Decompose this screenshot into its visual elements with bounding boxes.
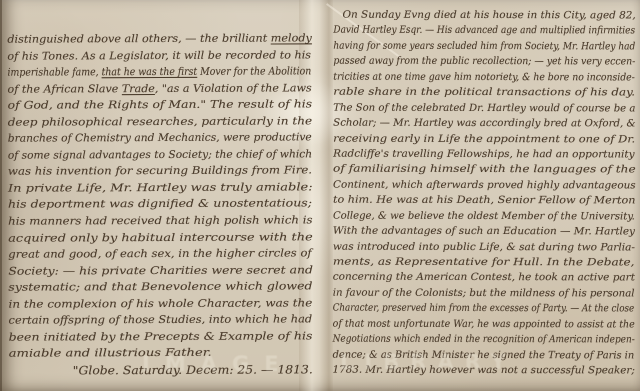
manuscript-line: branches of Chemistry and Mechanics, wer… [8, 130, 316, 148]
manuscript-line: ments, as Representative for Hull. In th… [333, 255, 639, 271]
manuscript-line: of the African Slave Trade, "as a Violat… [8, 80, 316, 98]
manuscript-line: deep philosophical researches, particula… [8, 113, 316, 131]
manuscript-line: was his invention for securing Buildings… [8, 163, 316, 181]
manuscript-line: distinguished above all others, — the br… [7, 30, 315, 48]
manuscript-line: in favour of the Colonists; but the mild… [333, 285, 639, 301]
manuscript-line: of that most unfortunate War, he was app… [333, 316, 639, 332]
manuscript-line: passed away from the public recollection… [333, 54, 639, 70]
manuscript-line: Negotiations which ended in the recognit… [333, 332, 639, 348]
manuscript-line: systematic; and that Benevolence which g… [8, 279, 316, 297]
left-page: distinguished above all others, — the br… [0, 0, 317, 391]
right-page: On Sunday Evng died at his house in this… [329, 0, 639, 391]
manuscript-line: On Sunday Evng died at his house in this… [333, 8, 639, 24]
manuscript-line: Scholar; — Mr. Hartley was accordingly b… [333, 116, 639, 132]
manuscript-line: Society: — his private Charities were se… [8, 262, 316, 280]
manuscript-line: acquired only by habitual intercourse wi… [8, 229, 316, 247]
manuscript-line: concerning the American Contest, he took… [333, 270, 639, 286]
manuscript-line: great and good, of each sex, in the high… [8, 245, 316, 263]
manuscript-line: The Son of the celebrated Dr. Hartley wo… [333, 100, 639, 116]
manuscript-line: of God, and the Rights of Man." The resu… [8, 96, 316, 114]
manuscript-line: certain offspring of those Studies, into… [9, 312, 317, 330]
manuscript-line: to him. He was at his Death, Senior Fell… [333, 193, 639, 209]
manuscript-line: tricities at one time gave him notoriety… [333, 69, 639, 85]
manuscript-line: in the complexion of his whole Character… [8, 295, 316, 313]
manuscript-line: of his Tones. As a Legislator, it will b… [7, 47, 315, 65]
left-page-text: distinguished above all others, — the br… [7, 30, 317, 379]
watermark-word-image: IMAGE [142, 352, 294, 376]
watermark-word-library: LIBRARY [340, 350, 517, 374]
manuscript-line: his deportment was dignified & unostenta… [8, 196, 316, 214]
manuscript-line: Continent, which afterwards proved highl… [333, 177, 639, 193]
right-page-text: On Sunday Evng died at his house in this… [333, 8, 640, 379]
manuscript-line: David Hartley Esqr. — His advanced age a… [333, 23, 639, 39]
manuscript-line: Character, preserved him from the excess… [333, 301, 639, 317]
manuscript-line: having for some years secluded him from … [333, 38, 639, 54]
manuscript-line: In private Life, Mr. Hartley was truly a… [8, 179, 316, 197]
manuscript-line: rable share in the political transaction… [333, 85, 639, 101]
manuscript-line: been initiated by the Precepts & Example… [9, 328, 317, 346]
manuscript-line: Radcliffe's travelling Fellowships, he h… [333, 147, 639, 163]
manuscript-line: of some signal advantages to Society; th… [8, 146, 316, 164]
manuscript-photo: distinguished above all others, — the br… [0, 0, 640, 391]
manuscript-line: of familiarising himself with the langua… [333, 162, 639, 178]
manuscript-line: receiving early in Life the appointment … [333, 131, 639, 147]
manuscript-line: imperishable fame, that he was the first… [7, 63, 315, 81]
manuscript-line: With the advantages of such an Education… [333, 224, 639, 240]
manuscript-line: his manners had received that high polis… [8, 212, 316, 230]
manuscript-line: College, & we believe the oldest Member … [333, 208, 639, 224]
manuscript-line: was introduced into public Life, & sat d… [333, 239, 639, 255]
